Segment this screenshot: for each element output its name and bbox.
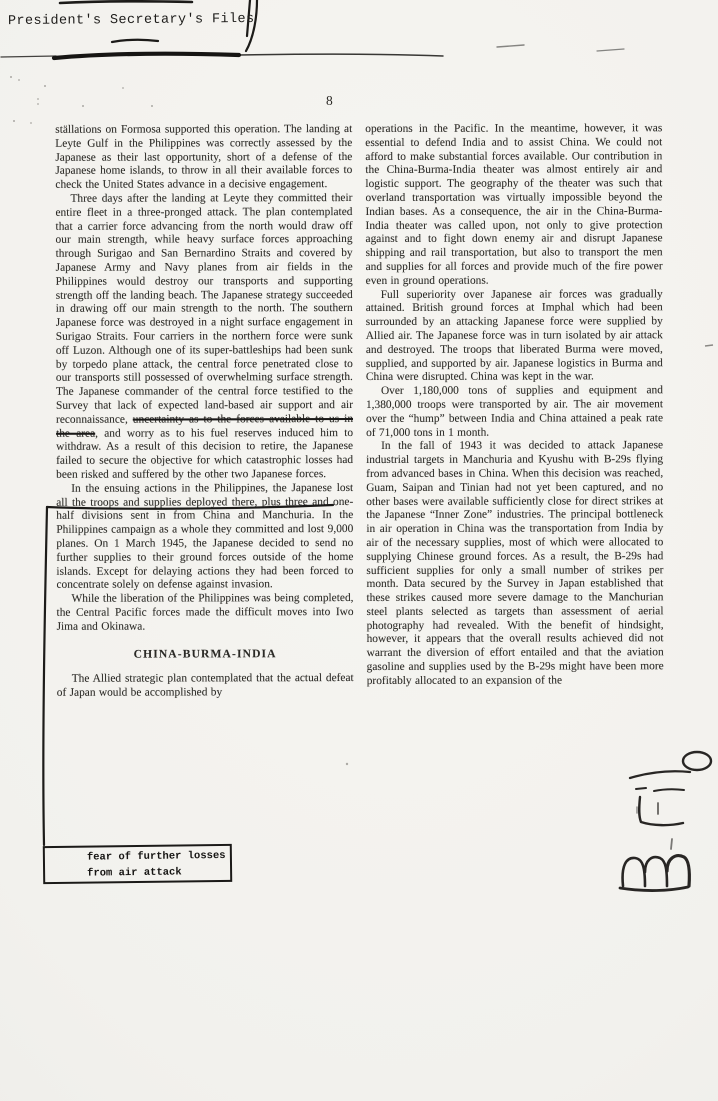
body-paragraph: ställations on Formosa supported this op…: [55, 123, 352, 193]
paragraph-text: Three days after the landing at Leyte th…: [55, 192, 353, 426]
page-number: 8: [326, 93, 333, 109]
section-heading-china-burma-india: CHINA-BURMA-INDIA: [57, 648, 354, 663]
paragraph-text: , and worry as to his fuel reserves indu…: [56, 427, 353, 481]
body-paragraph: In the fall of 1943 it was decided to at…: [366, 440, 664, 689]
scanned-document-page: President's Secretary's Files 8 ställati…: [0, 0, 718, 1101]
body-paragraph: Three days after the landing at Leyte th…: [55, 192, 353, 483]
right-column: operations in the Pacific. In the meanti…: [365, 122, 664, 700]
body-paragraph: Over 1,180,000 tons of supplies and equi…: [366, 384, 663, 440]
body-paragraph: The Allied strategic plan contemplated t…: [57, 672, 354, 700]
header-rule: [1, 45, 624, 58]
text-columns: ställations on Formosa supported this op…: [55, 122, 665, 700]
body-paragraph: Full superiority over Japanese air force…: [366, 288, 663, 385]
body-paragraph: In the ensuing actions in the Philippine…: [56, 482, 353, 593]
note-box-line: from air attack: [87, 864, 230, 882]
annotation-note-box: fear of further losses from air attack: [43, 844, 232, 884]
body-paragraph: operations in the Pacific. In the meanti…: [365, 122, 662, 288]
note-box-line: fear of further losses: [87, 848, 230, 866]
body-paragraph: While the liberation of the Philippines …: [56, 592, 353, 634]
edge-pen-dash: [705, 345, 713, 346]
left-column: ställations on Formosa supported this op…: [55, 123, 354, 701]
handwritten-file-annotation: [620, 752, 711, 891]
psf-stamp: President's Secretary's Files: [8, 12, 255, 29]
